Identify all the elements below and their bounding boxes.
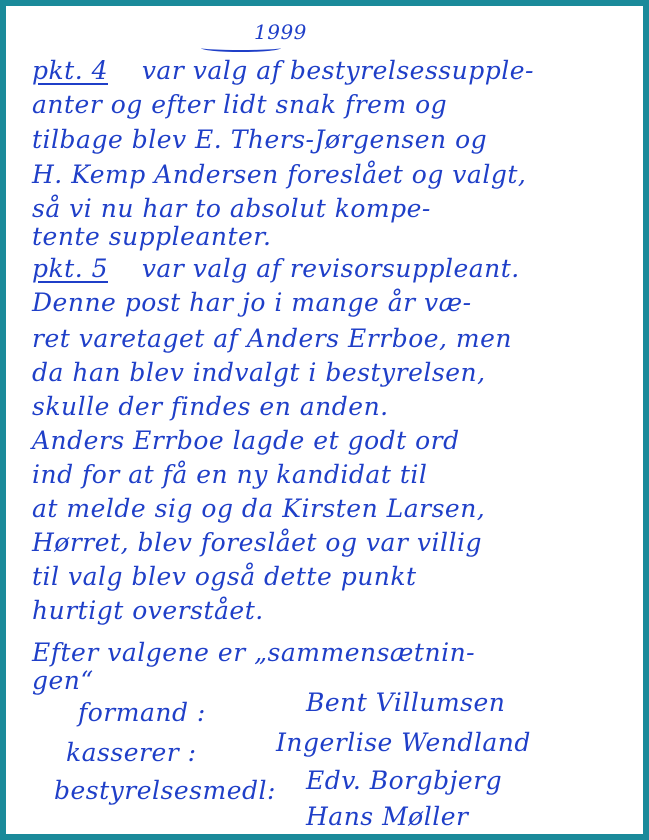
board-name-formand: Bent Villumsen <box>306 688 505 717</box>
board-name-kasserer: Ingerlise Wendland <box>276 728 531 757</box>
line: tente suppleanter. <box>32 222 271 251</box>
line: Anders Errboe lagde et godt ord <box>32 426 460 455</box>
board-role-bestyrelsesmedlem: bestyrelsesmedl: <box>54 776 276 805</box>
board-name-bestyrelsesmedlem-2: Hans Møller <box>306 802 468 831</box>
line: tilbage blev E. Thers-Jørgensen og <box>32 125 487 154</box>
section-label-pkt-5: pkt. 5 <box>32 254 108 283</box>
board-role-kasserer: kasserer : <box>66 738 197 767</box>
line: skulle der findes en anden. <box>32 392 389 421</box>
line: Efter valgene er „sammensætnin- <box>32 638 475 667</box>
line-text: var valg af revisorsuppleant. <box>142 254 520 283</box>
line: ind for at få en ny kandidat til <box>32 460 427 489</box>
year-underline <box>201 44 281 52</box>
line: hurtigt overstået. <box>32 596 264 625</box>
section-label-pkt-4: pkt. 4 <box>32 56 108 85</box>
board-name-bestyrelsesmedlem-1: Edv. Borgbjerg <box>306 766 502 795</box>
line: H. Kemp Andersen foreslået og valgt, <box>32 160 526 189</box>
line: så vi nu har to absolut kompe- <box>32 194 431 223</box>
board-role-formand: formand : <box>78 698 206 727</box>
line: pkt. 5 var valg af revisorsuppleant. <box>32 254 520 283</box>
line: gen“ <box>32 666 94 695</box>
line: Hørret, blev foreslået og var villig <box>32 528 482 557</box>
line: til valg blev også dette punkt <box>32 562 417 591</box>
line: ret varetaget af Anders Errboe, men <box>32 324 512 353</box>
line-text: var valg af bestyrelsessupple- <box>142 56 534 85</box>
line: at melde sig og da Kirsten Larsen, <box>32 494 485 523</box>
line: Denne post har jo i mange år væ- <box>32 288 472 317</box>
line: pkt. 4 var valg af bestyrelsessupple- <box>32 56 534 85</box>
line: da han blev indvalgt i bestyrelsen, <box>32 358 486 387</box>
handwritten-page: 1999 pkt. 4 var valg af bestyrelsessuppl… <box>6 6 643 834</box>
year-heading: 1999 <box>254 20 307 44</box>
line: anter og efter lidt snak frem og <box>32 90 447 119</box>
